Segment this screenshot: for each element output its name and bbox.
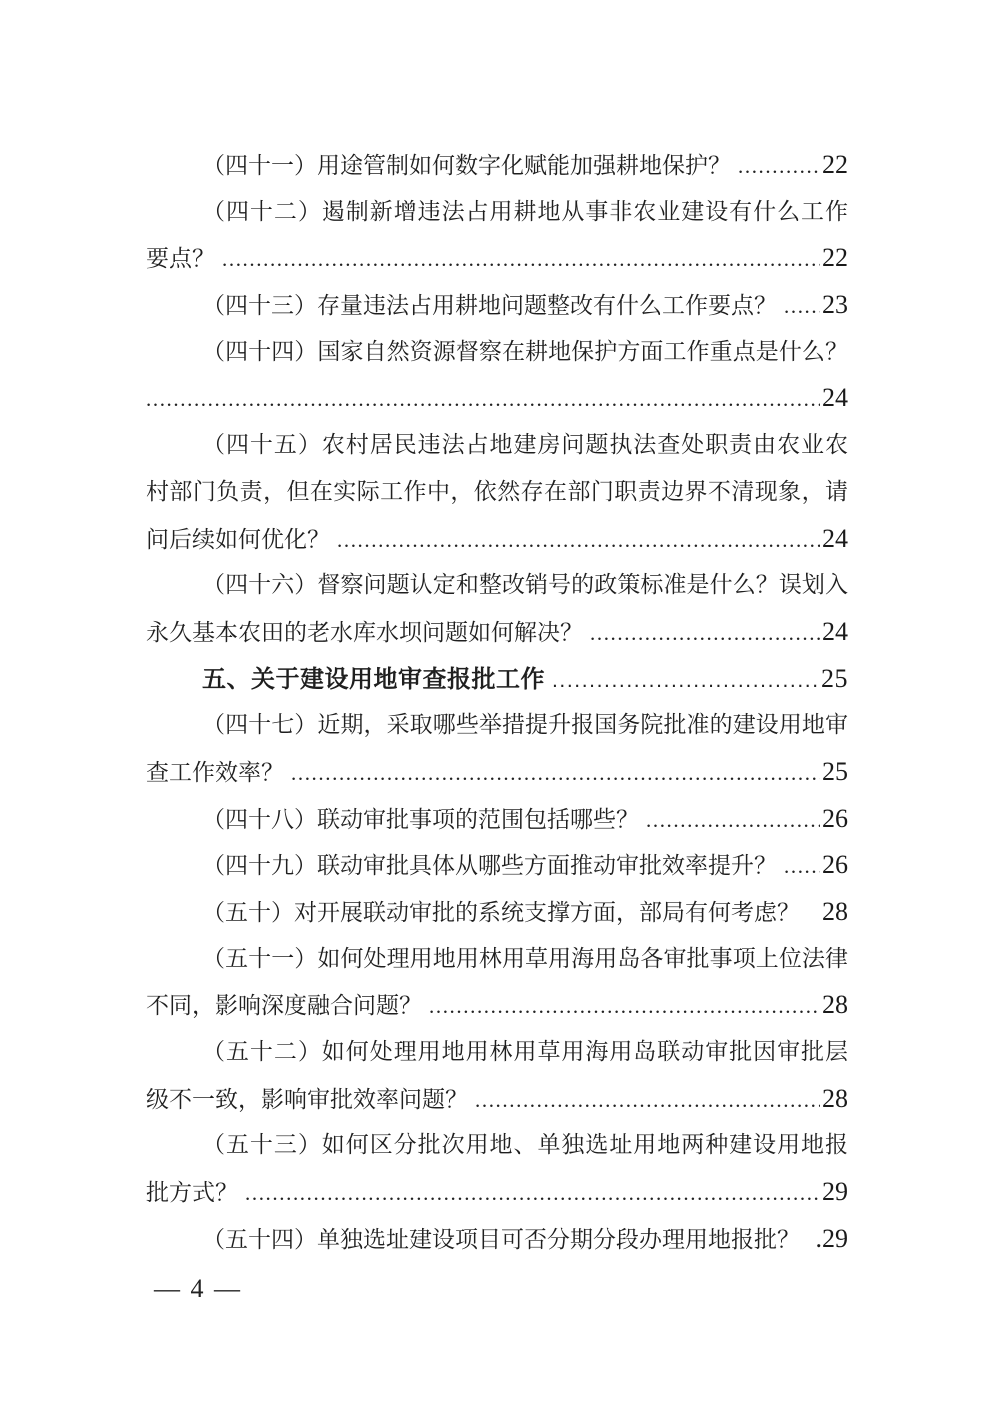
toc-entry-43-text: （四十三）存量违法占用耕地问题整改有什么工作要点？ (202, 283, 777, 329)
toc-entry-51-page: 28 (822, 982, 848, 1029)
toc-entry-52-text: 级不一致，影响审批效率问题？ (146, 1077, 468, 1123)
toc-entry-50-text: （五十）对开展联动审批的系统支撑方面，部局有何考虑？ (202, 890, 800, 936)
toc-entry-50: （五十）对开展联动审批的系统支撑方面，部局有何考虑？ 28 (146, 889, 848, 936)
toc-entry-51-line-2: 不同，影响深度融合问题？ 28 (146, 982, 848, 1029)
toc-entry-53-line-1: （五十三）如何区分批次用地、单独选址用地两种建设用地报 (146, 1122, 848, 1169)
toc-entry-54-page: .29 (816, 1216, 849, 1263)
toc-entry-47-text: 查工作效率？ (146, 750, 284, 796)
toc-entry-44-line-1: （四十四）国家自然资源督察在耕地保护方面工作重点是什么？ (146, 329, 848, 376)
page-footer: — 4 — (146, 1273, 848, 1305)
toc-entry-42-line-1: （四十二）遏制新增违法占用耕地从事非农业建设有什么工作 (146, 189, 848, 236)
dot-leader (291, 750, 820, 796)
toc-entry-53-text: 批方式？ (146, 1170, 238, 1216)
toc-section-5-page: 25 (821, 656, 848, 703)
toc-entry-41: （四十一）用途管制如何数字化赋能加强耕地保护？ 22 (146, 142, 848, 189)
toc-entry-46-page: 24 (822, 609, 848, 656)
toc-entry-47-page: 25 (822, 749, 848, 796)
toc-entry-41-text: （四十一）用途管制如何数字化赋能加强耕地保护？ (202, 143, 731, 189)
toc-entry-54-text: （五十四）单独选址建设项目可否分期分段办理用地报批？ (202, 1217, 800, 1263)
toc-entry-47-line-2: 查工作效率？ 25 (146, 749, 848, 796)
toc-entry-52-page: 28 (822, 1076, 848, 1123)
toc-entry-50-page: 28 (822, 889, 848, 936)
toc-entry-49-page: 26 (822, 842, 848, 889)
dot-leader (646, 797, 820, 843)
toc-entry-48-page: 26 (822, 796, 848, 843)
dot-leader (552, 658, 819, 703)
dot-leader (337, 517, 820, 563)
dot-leader (222, 236, 820, 282)
toc-entry-53-page: 29 (822, 1169, 848, 1216)
toc-entry-45-line-2: 村部门负责，但在实际工作中，依然存在部门职责边界不清现象，请 (146, 469, 848, 516)
toc-entry-48-text: （四十八）联动审批事项的范围包括哪些？ (202, 797, 639, 843)
toc-entry-49: （四十九）联动审批具体从哪些方面推动审批效率提升？ 26 (146, 842, 848, 889)
toc-entry-44-line-2: 24 (146, 375, 848, 422)
dot-leader (784, 843, 820, 889)
dot-leader (738, 143, 820, 189)
toc-entry-48: （四十八）联动审批事项的范围包括哪些？ 26 (146, 796, 848, 843)
toc-entry-42-line-2: 要点？ 22 (146, 235, 848, 282)
document-page: （四十一）用途管制如何数字化赋能加强耕地保护？ 22 （四十二）遏制新增违法占用… (0, 0, 992, 1403)
dot-leader (475, 1077, 820, 1123)
toc-entry-47-line-1: （四十七）近期，采取哪些举措提升报国务院批准的建设用地审 (146, 702, 848, 749)
toc-entry-45-page: 24 (822, 516, 848, 563)
toc-entry-43: （四十三）存量违法占用耕地问题整改有什么工作要点？ 23 (146, 282, 848, 329)
toc-entry-52-line-2: 级不一致，影响审批效率问题？ 28 (146, 1076, 848, 1123)
toc-section-5-title: 五、关于建设用地审查报批工作 (202, 657, 545, 703)
toc-entry-49-text: （四十九）联动审批具体从哪些方面推动审批效率提升？ (202, 843, 777, 889)
toc-entry-43-page: 23 (822, 282, 848, 329)
toc-section-5-heading: 五、关于建设用地审查报批工作 25 (146, 656, 848, 703)
toc-entry-45-line-3: 问后续如何优化？ 24 (146, 516, 848, 563)
toc-entry-46-text: 永久基本农田的老水库水坝问题如何解决？ (146, 610, 583, 656)
toc-entry-51-text: 不同，影响深度融合问题？ (146, 983, 422, 1029)
toc-entry-52-line-1: （五十二）如何处理用地用林用草用海用岛联动审批因审批层 (146, 1029, 848, 1076)
toc-entry-42-page: 22 (822, 235, 848, 282)
dot-leader (429, 983, 820, 1029)
toc-entry-45-line-1: （四十五）农村居民违法占地建房问题执法查处职责由农业农 (146, 422, 848, 469)
toc-entry-53-line-2: 批方式？ 29 (146, 1169, 848, 1216)
toc-entry-51-line-1: （五十一）如何处理用地用林用草用海用岛各审批事项上位法律 (146, 936, 848, 983)
toc-entry-46-line-2: 永久基本农田的老水库水坝问题如何解决？ 24 (146, 609, 848, 656)
toc-entry-54: （五十四）单独选址建设项目可否分期分段办理用地报批？ .29 (146, 1216, 848, 1263)
toc-entry-44-page: 24 (822, 375, 848, 422)
page-footer-number: — 4 — (154, 1274, 242, 1303)
dot-leader (590, 610, 820, 656)
dot-leader (245, 1170, 820, 1216)
dot-leader (784, 283, 820, 329)
dot-leader (146, 376, 820, 422)
toc-entry-45-text: 问后续如何优化？ (146, 517, 330, 563)
toc-entry-42-text: 要点？ (146, 236, 215, 282)
toc-entry-46-line-1: （四十六）督察问题认定和整改销号的政策标准是什么？误划入 (146, 562, 848, 609)
toc-entry-41-page: 22 (822, 142, 848, 189)
